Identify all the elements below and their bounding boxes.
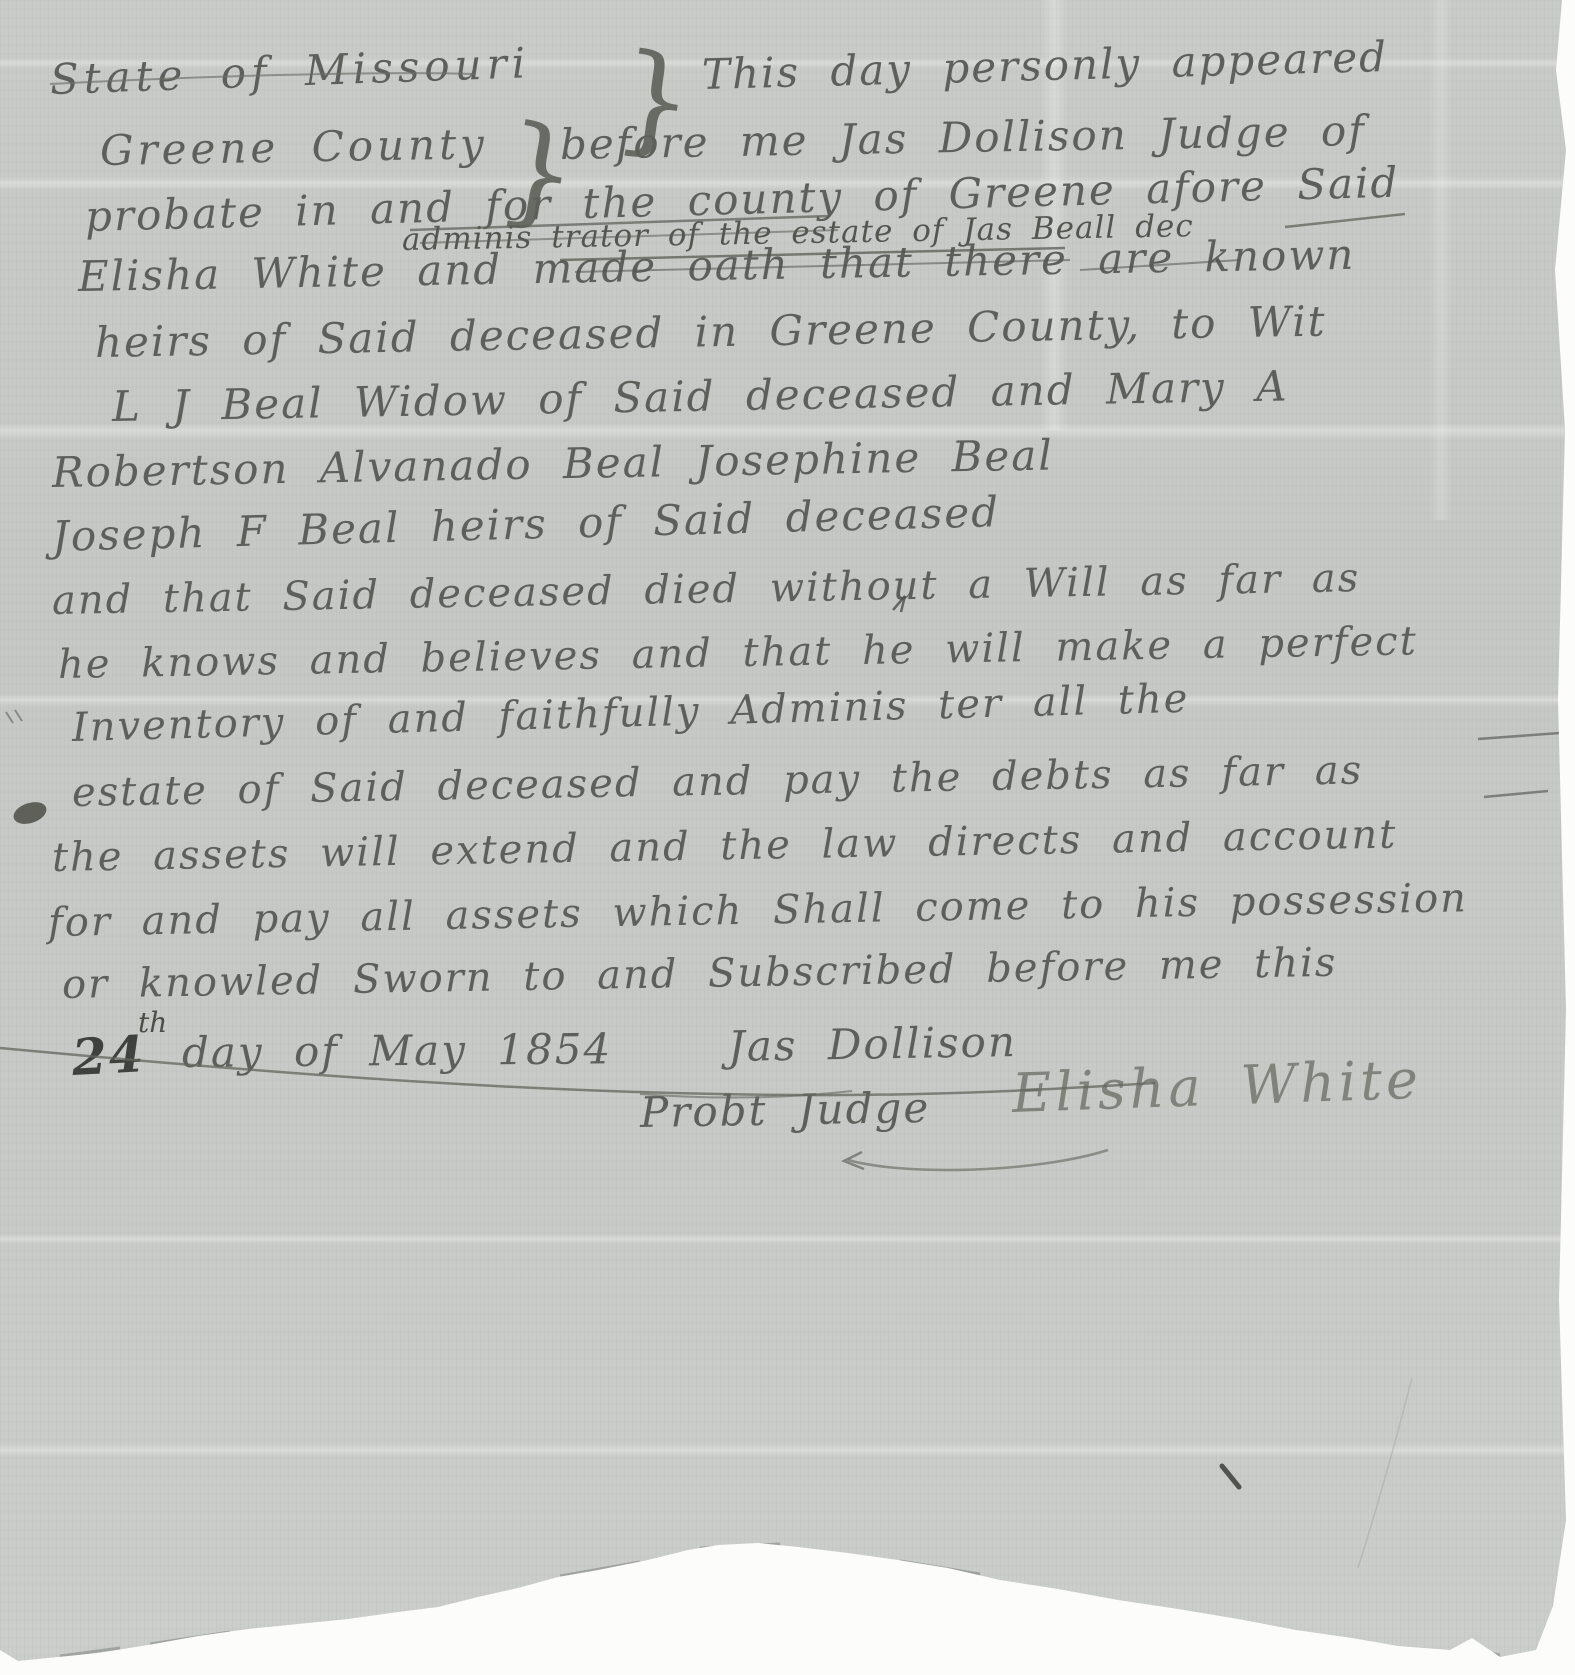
handwritten-line-13: estate of Said deceased and pay the debt… <box>72 747 1364 816</box>
paper-crease <box>0 1234 1575 1244</box>
pencil-tick <box>1222 1466 1239 1487</box>
handwritten-judge-name: Jas Dollison <box>728 1017 1018 1071</box>
handwritten-line-5: Elisha White and made oath that there ar… <box>78 230 1356 301</box>
handwritten-line-15: for and pay all assets which Shall come … <box>48 875 1469 946</box>
handwritten-line-1-right: This day personly appeared <box>701 32 1388 99</box>
handwritten-ordinal-suffix: th <box>138 1006 167 1039</box>
signature-flourish <box>844 1152 864 1169</box>
handwritten-line-17-date: day of May 1854 <box>182 1024 613 1077</box>
handwritten-line-9: Joseph F Beal heirs of Said deceased <box>51 487 1000 561</box>
handwritten-day-number: 24 <box>70 1024 147 1087</box>
handwritten-line-14: the assets will extend and the law direc… <box>52 812 1398 881</box>
handwritten-line-12: Inventory of and faithfully Adminis ter … <box>71 676 1190 751</box>
handwritten-line-2-left: Greene County <box>100 119 489 175</box>
crease-line <box>1358 1378 1412 1568</box>
handwritten-line-1-left: State of Missouri <box>49 38 531 104</box>
handwritten-line-16: or knowled Sworn to and Subscribed befor… <box>62 940 1338 1008</box>
handwritten-line-8: Robertson Alvanado Beal Josephine Beal <box>52 431 1055 497</box>
handwritten-line-10: and that Said deceased died without a Wi… <box>52 555 1361 624</box>
document-page: State of Missouri } This day personly ap… <box>0 0 1575 1675</box>
signature-elisha-white: Elisha White <box>1011 1048 1423 1125</box>
handwritten-judge-title: Probt Judge <box>640 1083 931 1137</box>
margin-dash <box>1484 791 1548 797</box>
handwritten-line-6: heirs of Said deceased in Greene County,… <box>95 297 1327 367</box>
handwritten-line-7: L J Beal Widow of Said deceased and Mary… <box>112 361 1289 431</box>
margin-dash <box>1478 733 1560 739</box>
paper-crease <box>1430 0 1452 520</box>
ink-blot <box>11 798 50 828</box>
margin-mark <box>6 710 22 723</box>
handwritten-line-11: he knows and believes and that he will m… <box>58 618 1418 688</box>
paper-crease <box>0 1444 1575 1456</box>
tear-edge-shading <box>60 1544 1500 1656</box>
scanned-document: State of Missouri } This day personly ap… <box>0 0 1575 1675</box>
signature-flourish <box>848 1150 1108 1170</box>
strikethrough-line <box>1285 214 1405 227</box>
